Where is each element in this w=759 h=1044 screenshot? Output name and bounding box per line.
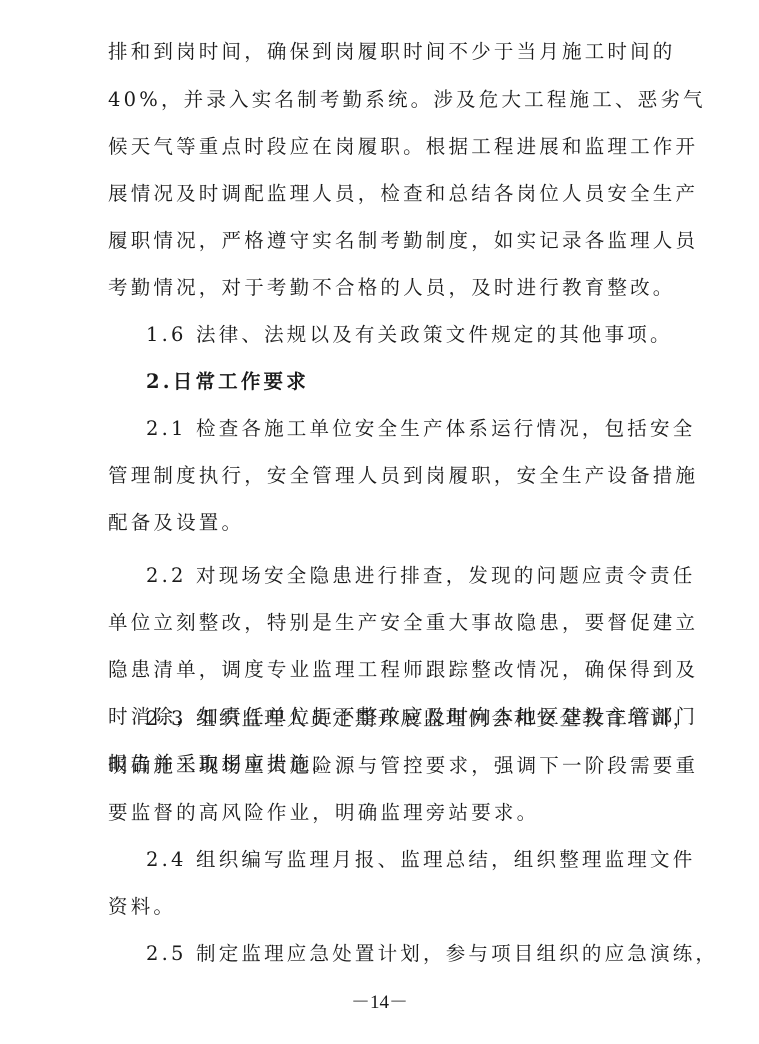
paragraph-line: 候天气等重点时段应在岗履职。根据工程进展和监理工作开 xyxy=(108,135,648,159)
paragraph-line: 履职情况，严格遵守实名制考勤制度，如实记录各监理人员 xyxy=(108,229,648,253)
paragraph-line: 明确施工现场重大危险源与管控要求，强调下一阶段需要重 xyxy=(108,754,648,778)
paragraph-line: 隐患清单，调度专业监理工程师跟踪整改情况，确保得到及 xyxy=(108,658,648,682)
document-page: 排和到岗时间，确保到岗履职时间不少于当月施工时间的 40%，并录入实名制考勤系统… xyxy=(0,0,759,1044)
item-2-5: 2.5 制定监理应急处置计划，参与项目组织的应急演练， xyxy=(146,942,686,966)
item-1-6: 1.6 法律、法规以及有关政策文件规定的其他事项。 xyxy=(146,323,686,347)
paragraph-line: 管理制度执行，安全管理人员到岗履职，安全生产设备措施 xyxy=(108,464,648,488)
paragraph-line: 要监督的高风险作业，明确监理旁站要求。 xyxy=(108,801,648,825)
paragraph-line: 单位立刻整改，特别是生产安全重大事故隐患，要督促建立 xyxy=(108,611,648,635)
section-heading-2: 2.日常工作要求 xyxy=(146,370,686,394)
item-2-2: 2.2 对现场安全隐患进行排查，发现的问题应责令责任 xyxy=(146,564,686,588)
item-2-3: 2.3 组织监理人员定期开展监理例会和安全教育培训， xyxy=(146,707,686,731)
paragraph-line: 展情况及时调配监理人员，检查和总结各岗位人员安全生产 xyxy=(108,182,648,206)
paragraph-line: 40%，并录入实名制考勤系统。涉及危大工程施工、恶劣气 xyxy=(108,88,648,112)
paragraph-line: 资料。 xyxy=(108,895,648,919)
item-2-1: 2.1 检查各施工单位安全生产体系运行情况，包括安全 xyxy=(146,417,686,441)
paragraph-line: 考勤情况，对于考勤不合格的人员，及时进行教育整改。 xyxy=(108,276,648,300)
item-2-4: 2.4 组织编写监理月报、监理总结，组织整理监理文件 xyxy=(146,848,686,872)
paragraph-line: 排和到岗时间，确保到岗履职时间不少于当月施工时间的 xyxy=(108,40,648,64)
paragraph-line: 配备及设置。 xyxy=(108,511,648,535)
page-number: －14－ xyxy=(0,987,759,1014)
